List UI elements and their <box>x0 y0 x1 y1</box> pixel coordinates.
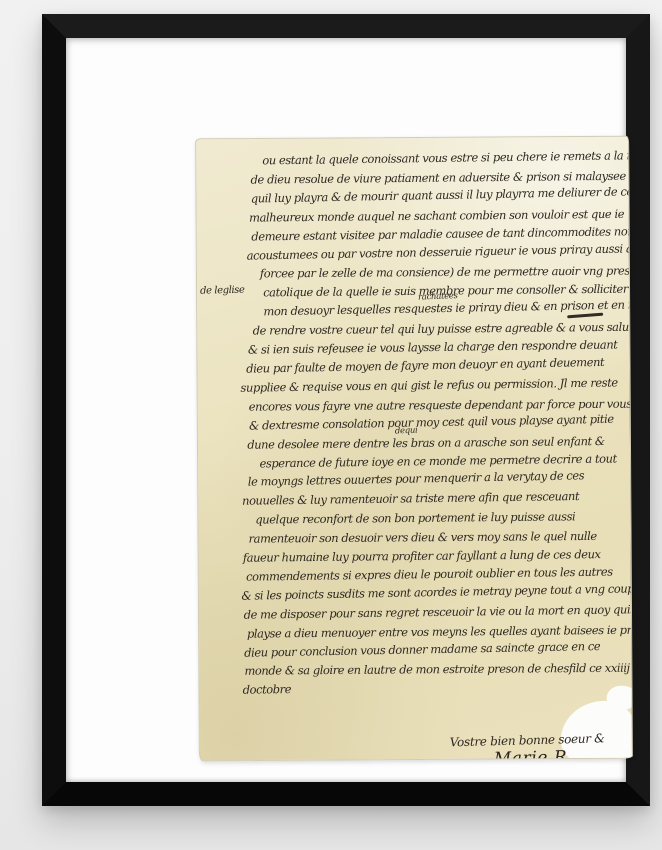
interlinear-insertion: dequi <box>395 426 418 437</box>
letter-line: de rendre vostre cueur tel qui luy puiss… <box>253 318 631 341</box>
letter-line: malheureux monde auquel ne sachant combi… <box>249 204 629 227</box>
letter-line: faueur humaine luy pourra profiter car f… <box>243 545 633 568</box>
paper-damage-patch <box>606 686 632 710</box>
framed-manuscript-photo: ou estant la quele conoissant vous estre… <box>0 0 662 850</box>
interlinear-insertion: rachatees <box>418 291 458 303</box>
letter-line: monde & sa gloire en lautre de mon estro… <box>244 659 633 681</box>
margin-note: de leglise <box>200 285 245 297</box>
letter-body: ou estant la quele conoissant vous estre… <box>196 146 633 700</box>
letter-line: dune desolee mere dentre les bras on a a… <box>247 431 632 454</box>
manuscript-paper: ou estant la quele conoissant vous estre… <box>195 136 633 762</box>
signature-marie-r: Marie R <box>494 747 568 761</box>
picture-frame: ou estant la quele conoissant vous estre… <box>42 14 650 806</box>
mat-board: ou estant la quele conoissant vous estre… <box>66 38 626 782</box>
